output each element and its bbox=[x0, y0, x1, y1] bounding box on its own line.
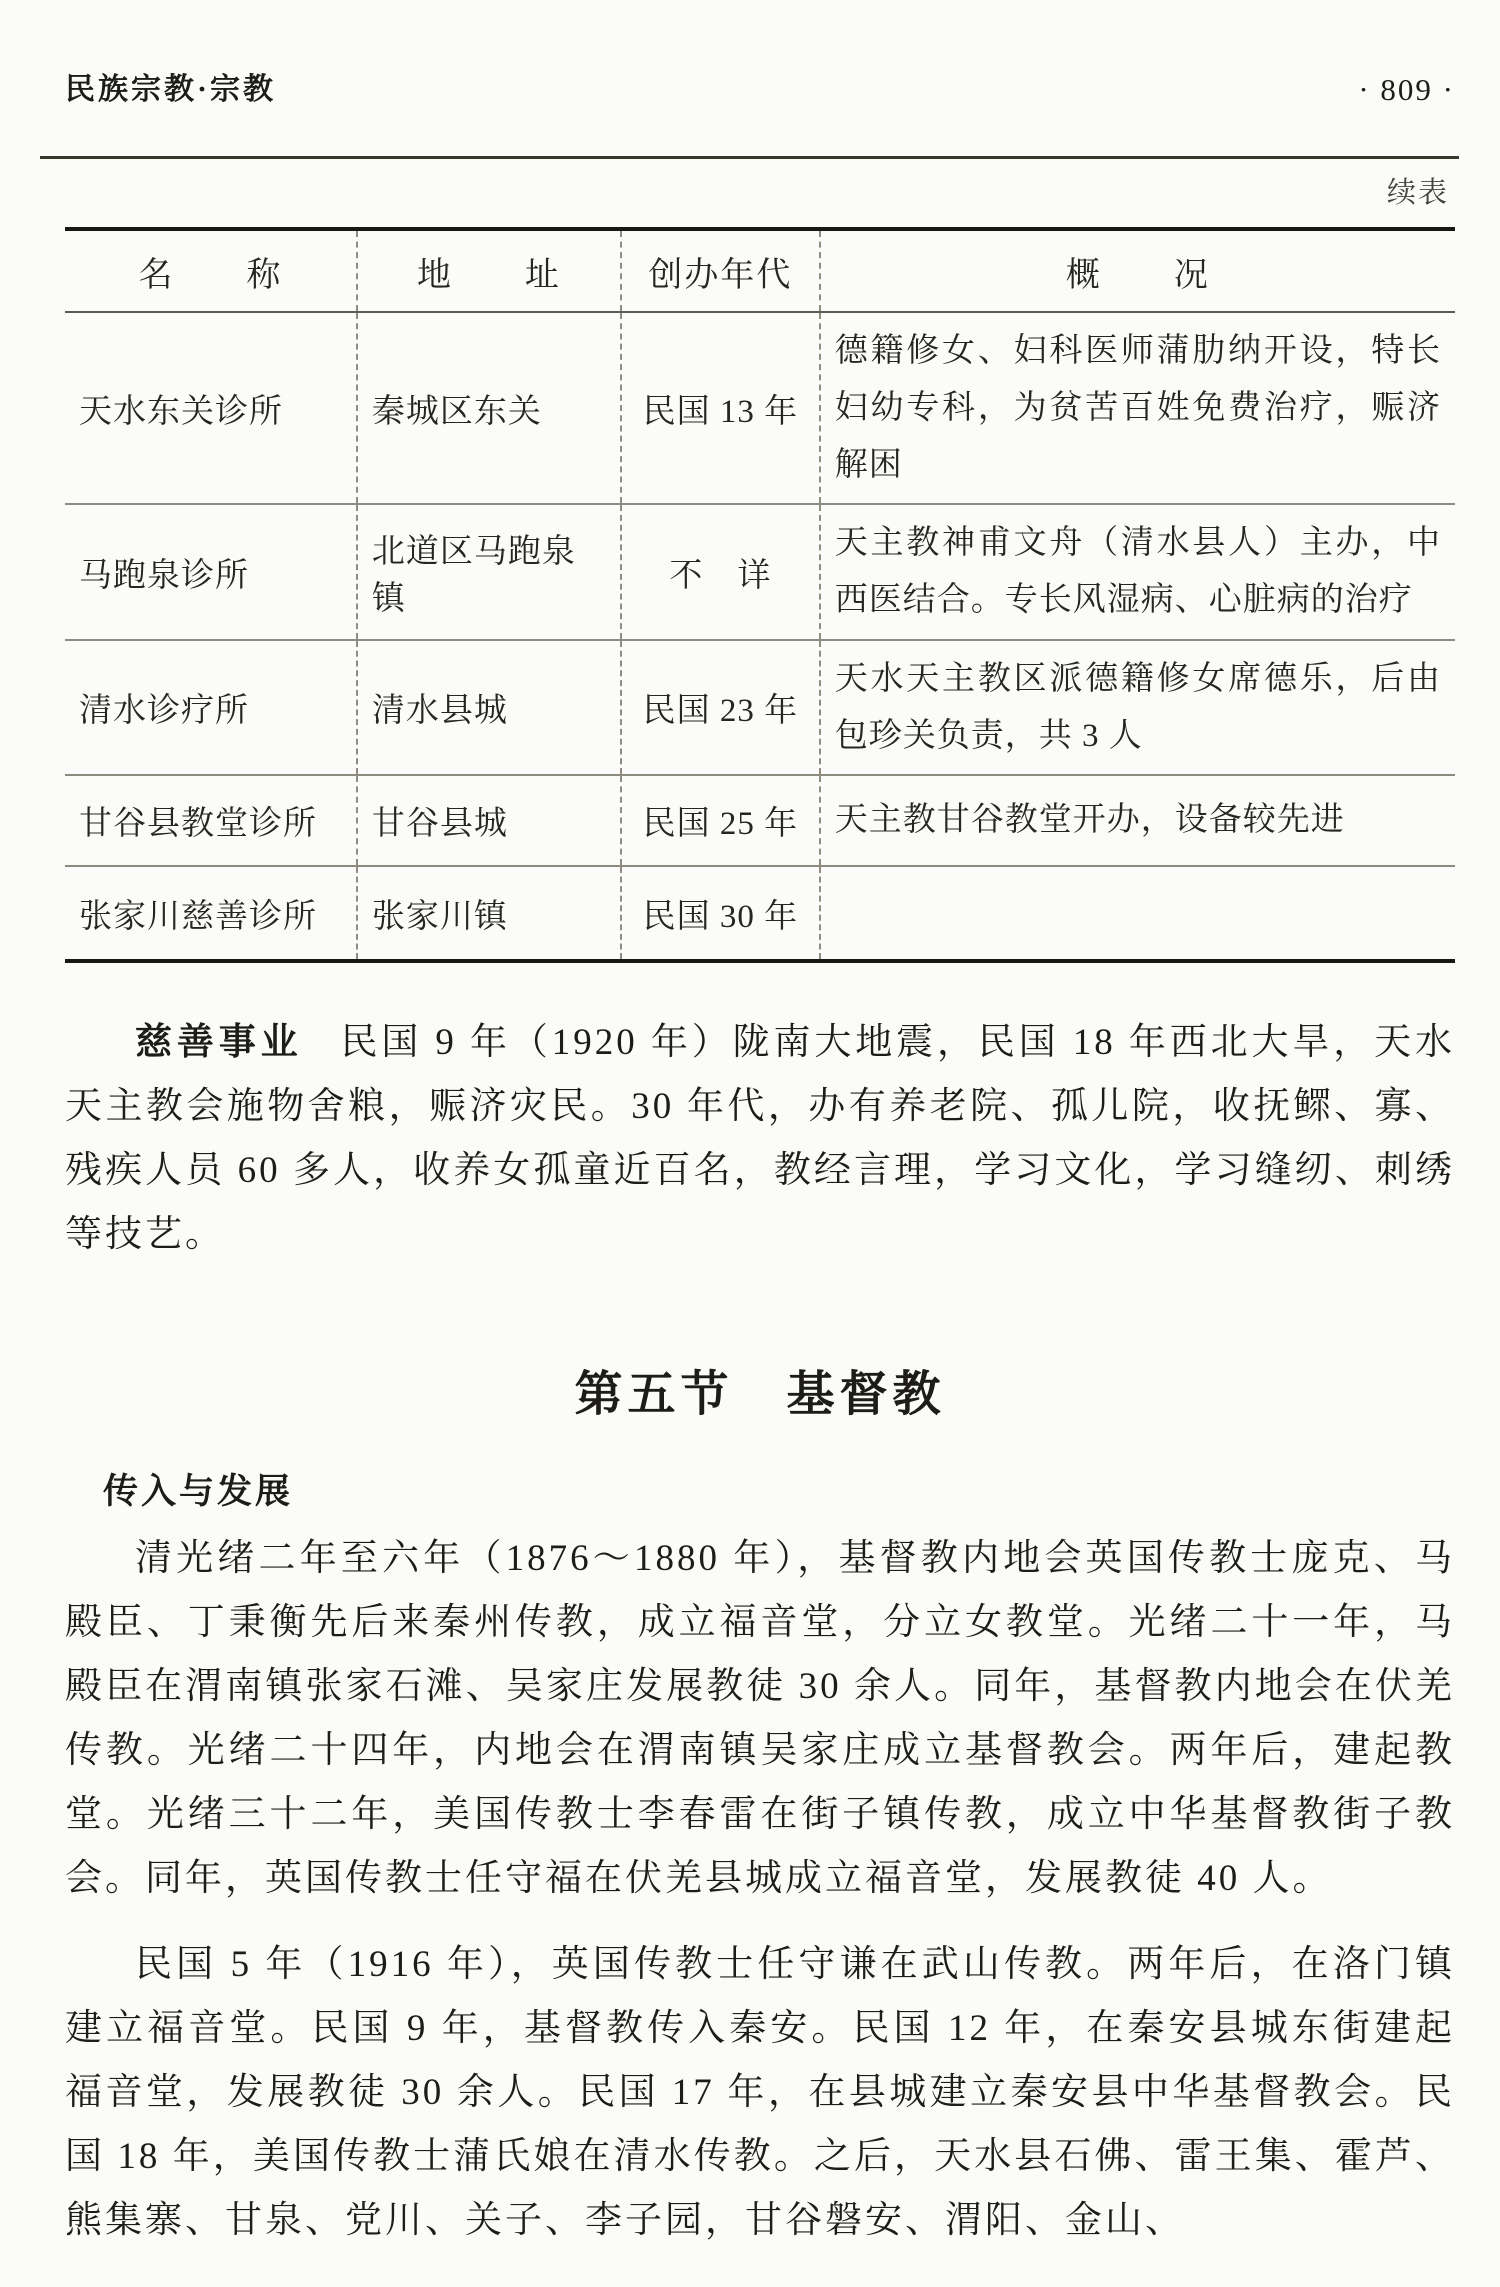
col-header-name: 名 称 bbox=[65, 229, 357, 312]
cell-year: 民国 13 年 bbox=[621, 312, 820, 504]
continued-table-label: 续表 bbox=[65, 173, 1455, 213]
cell-address: 甘谷县城 bbox=[357, 775, 621, 866]
cell-year: 民国 25 年 bbox=[621, 775, 820, 866]
cell-year: 民国 30 年 bbox=[621, 866, 820, 961]
cell-name: 天水东关诊所 bbox=[65, 312, 357, 504]
section-heading: 第五节 基督教 bbox=[65, 1363, 1455, 1427]
charity-runin-heading: 慈善事业 bbox=[135, 1022, 303, 1063]
cell-name: 张家川慈善诊所 bbox=[65, 866, 357, 961]
table-row: 天水东关诊所 秦城区东关 民国 13 年 德籍修女、妇科医师蒲肋纳开设，特长妇幼… bbox=[65, 312, 1455, 504]
col-header-year: 创办年代 bbox=[621, 229, 820, 312]
body-paragraph: 清光绪二年至六年（1876～1880 年），基督教内地会英国传教士庞克、马殿臣、… bbox=[65, 1527, 1455, 1911]
cell-year: 民国 23 年 bbox=[621, 640, 820, 776]
table-row: 张家川慈善诊所 张家川镇 民国 30 年 bbox=[65, 866, 1455, 961]
cell-name: 甘谷县教堂诊所 bbox=[65, 775, 357, 866]
header-rule bbox=[40, 156, 1459, 159]
cell-overview: 德籍修女、妇科医师蒲肋纳开设，特长妇幼专科，为贫苦百姓免费治疗，赈济解困 bbox=[820, 312, 1455, 504]
cell-name: 马跑泉诊所 bbox=[65, 504, 357, 640]
charity-paragraph: 慈善事业民国 9 年（1920 年）陇南大地震，民国 18 年西北大旱，天水天主… bbox=[65, 1011, 1455, 1267]
col-header-address: 地 址 bbox=[357, 229, 621, 312]
running-header-title: 民族宗教·宗教 bbox=[65, 70, 276, 110]
subsection-heading: 传入与发展 bbox=[103, 1467, 1455, 1517]
cell-address: 秦城区东关 bbox=[357, 312, 621, 504]
table-header-row: 名 称 地 址 创办年代 概 况 bbox=[65, 229, 1455, 312]
cell-address: 张家川镇 bbox=[357, 866, 621, 961]
table-row: 甘谷县教堂诊所 甘谷县城 民国 25 年 天主教甘谷教堂开办，设备较先进 bbox=[65, 775, 1455, 866]
cell-overview: 天主教神甫文舟（清水县人）主办，中西医结合。专长风湿病、心脏病的治疗 bbox=[820, 504, 1455, 640]
cell-overview bbox=[820, 866, 1455, 961]
scanned-book-page: 民族宗教·宗教 · 809 · 续表 名 称 地 址 创办年代 概 况 天水东关… bbox=[0, 0, 1500, 2287]
clinics-table: 名 称 地 址 创办年代 概 况 天水东关诊所 秦城区东关 民国 13 年 德籍… bbox=[65, 227, 1455, 963]
running-header: 民族宗教·宗教 · 809 · bbox=[65, 70, 1455, 110]
page-number: · 809 · bbox=[1358, 70, 1455, 110]
cell-year: 不 详 bbox=[621, 504, 820, 640]
cell-name: 清水诊疗所 bbox=[65, 640, 357, 776]
cell-overview: 天水天主教区派德籍修女席德乐，后由包珍关负责，共 3 人 bbox=[820, 640, 1455, 776]
body-paragraph: 民国 5 年（1916 年），英国传教士任守谦在武山传教。两年后，在洛门镇建立福… bbox=[65, 1933, 1455, 2253]
table-row: 清水诊疗所 清水县城 民国 23 年 天水天主教区派德籍修女席德乐，后由包珍关负… bbox=[65, 640, 1455, 776]
cell-overview: 天主教甘谷教堂开办，设备较先进 bbox=[820, 775, 1455, 866]
table-row: 马跑泉诊所 北道区马跑泉镇 不 详 天主教神甫文舟（清水县人）主办，中西医结合。… bbox=[65, 504, 1455, 640]
cell-address: 北道区马跑泉镇 bbox=[357, 504, 621, 640]
col-header-overview: 概 况 bbox=[820, 229, 1455, 312]
cell-address: 清水县城 bbox=[357, 640, 621, 776]
